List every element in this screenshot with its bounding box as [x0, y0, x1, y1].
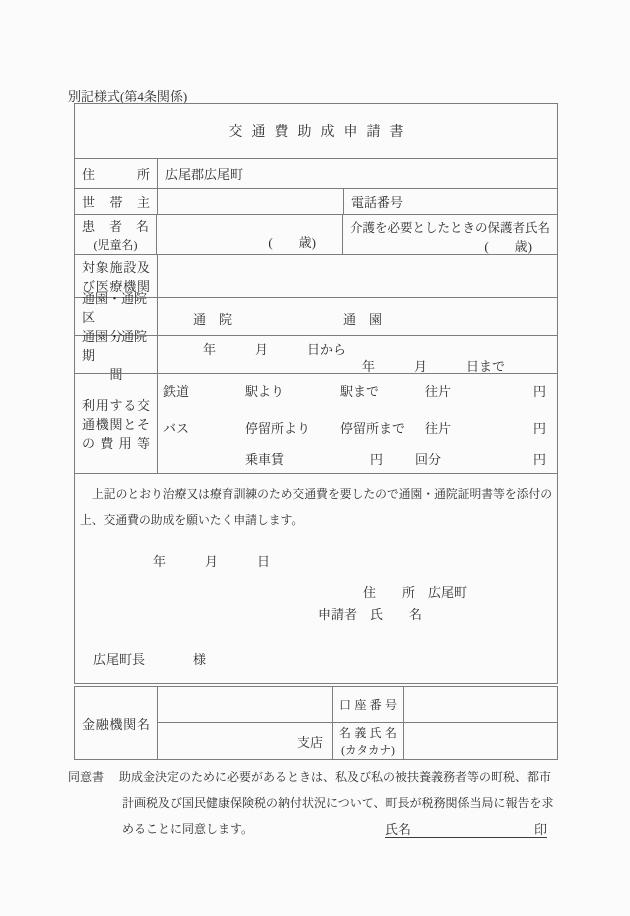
facility-label-line1: 対象施設及 — [82, 257, 150, 276]
bus-to-label: 停留所まで — [340, 418, 405, 437]
statement-date: 年 月 日 — [153, 551, 270, 570]
fare-times-label: 回分 — [415, 449, 441, 468]
holder-name-label-cell: 名義氏名 (カタカナ) — [333, 723, 404, 759]
statement-section: 上記のとおり治療又は療育訓練のため交通費を要したので通園・通院証明書等を添付の … — [75, 473, 557, 683]
seal-label: 印 — [534, 822, 547, 837]
household-label-cell: 世帯主 — [75, 189, 158, 214]
bus-yen-label: 円 — [533, 418, 546, 437]
guardian-label: 介護を必要としたときの保護者氏名 — [350, 218, 550, 236]
category-label-line1: 通園・通院区 — [82, 288, 150, 326]
account-number-label: 口座番号 — [339, 696, 397, 713]
branch-label: 支店 — [297, 732, 323, 751]
application-form-table: 交通費助成申請書 住所 広尾郡広尾町 世帯主 電話番号 患者名 (児童名) — [74, 103, 558, 684]
address-row: 住所 広尾郡広尾町 — [75, 158, 557, 188]
form-title-row: 交通費助成申請書 — [75, 104, 557, 158]
account-number-label-cell: 口座番号 — [333, 687, 404, 722]
account-number-value-cell — [404, 687, 557, 722]
statement-honorific: 様 — [193, 649, 206, 668]
statement-line2: 上、交通費の助成を願いたく申請します。 — [80, 507, 552, 533]
transport-label-line1: 利用する交 — [82, 395, 150, 414]
rail-to-label: 駅まで — [340, 381, 379, 400]
document-page: 別記様式(第4条関係) 交通費助成申請書 住所 広尾郡広尾町 世帯主 電話番号 … — [0, 0, 630, 916]
consent-section: 同意書 助成金決定のために必要があるときは、私及び私の被扶養義務者等の町税、都市… — [68, 764, 565, 842]
household-value-cell — [158, 189, 344, 214]
facility-value-cell — [158, 255, 557, 297]
fare-label: 乗車賃 — [245, 449, 284, 468]
period-row: 通園・通院期 間 年 月 日から 年 月 日まで — [75, 335, 557, 373]
patient-age-label: ( 歳) — [268, 232, 316, 251]
bus-from-label: 停留所より — [245, 418, 310, 437]
signature-line: 氏名 印 — [385, 820, 547, 838]
period-to: 年 月 日まで — [362, 356, 505, 375]
bank-account-row: 口座番号 — [158, 687, 557, 722]
phone-cell: 電話番号 — [344, 189, 557, 214]
fare-yen-label: 円 — [370, 449, 383, 468]
transport-value-cell: 鉄道 駅より 駅まで 往片 円 バス 停留所より 停留所まで 往片 円 乗車賃 … — [158, 374, 557, 473]
household-label: 世帯主 — [82, 192, 150, 211]
holder-name-value-cell — [404, 723, 557, 759]
category-option-kindergarten: 通 園 — [343, 309, 382, 328]
household-row: 世帯主 電話番号 — [75, 188, 557, 214]
holder-name-label: 名義氏名 — [339, 724, 397, 741]
rail-from-label: 駅より — [245, 381, 284, 400]
patient-row: 患者名 (児童名) ( 歳) 介護を必要としたときの保護者氏名 ( 歳) — [75, 214, 557, 254]
transport-row: 利用する交 通機関とそ の費用等 鉄道 駅より 駅まで 往片 円 バス 停留所よ… — [75, 373, 557, 473]
address-label-cell: 住所 — [75, 159, 158, 188]
phone-label: 電話番号 — [351, 192, 403, 211]
transport-label-line3: の費用等 — [82, 433, 150, 452]
rail-mode-label: 鉄道 — [163, 381, 189, 400]
bank-institution-cell: 金融機関名 — [75, 687, 158, 759]
address-value-cell: 広尾郡広尾町 — [158, 159, 557, 188]
holder-name-sublabel: (カタカナ) — [339, 742, 397, 758]
consent-first-line: 同意書 助成金決定のために必要があるときは、私及び私の被扶養義務者等の町税、都市 — [68, 764, 565, 790]
consent-line1: 助成金決定のために必要があるときは、私及び私の被扶養義務者等の町税、都市 — [119, 764, 551, 790]
statement-applicant: 申請者 氏 名 — [318, 604, 422, 623]
address-value: 広尾郡広尾町 — [165, 164, 243, 183]
period-label-line1: 通園・通院期 — [82, 326, 150, 364]
guardian-age-label: ( 歳) — [484, 236, 532, 255]
period-from: 年 月 日から — [203, 339, 346, 358]
bank-branch-cell: 支店 — [158, 723, 333, 759]
form-title: 交通費助成申請書 — [220, 121, 413, 141]
bank-name-cell — [158, 687, 333, 722]
bank-institution-label: 金融機関名 — [82, 714, 150, 733]
rail-trip-label: 往片 — [425, 381, 451, 400]
statement-line1: 上記のとおり治療又は療育訓練のため交通費を要したので通園・通院証明書等を添付の — [80, 481, 552, 507]
period-value-cell: 年 月 日から 年 月 日まで — [158, 336, 557, 373]
patient-label: 患者名 — [82, 216, 149, 235]
statement-paragraph: 上記のとおり治療又は療育訓練のため交通費を要したので通園・通院証明書等を添付の … — [80, 481, 552, 533]
bank-table: 金融機関名 口座番号 支店 名義氏名 (カタカナ) — [74, 686, 558, 760]
transport-label-cell: 利用する交 通機関とそ の費用等 — [75, 374, 158, 473]
patient-sublabel: (児童名) — [82, 236, 149, 253]
category-value-cell: 通 院 通 園 — [158, 298, 557, 335]
consent-line2: 計画税及び国民健康保険税の納付状況について、町長が税務関係当局に報告を求 — [122, 790, 565, 816]
transport-label-line2: 通機関とそ — [82, 414, 150, 433]
fare-total-yen-label: 円 — [533, 449, 546, 468]
period-label-cell: 通園・通院期 間 — [75, 336, 158, 373]
bank-right-area: 口座番号 支店 名義氏名 (カタカナ) — [158, 687, 557, 759]
category-option-hospital: 通 院 — [193, 309, 232, 328]
statement-mayor: 広尾町長 — [93, 649, 145, 668]
bus-mode-label: バス — [163, 418, 189, 437]
rail-yen-label: 円 — [533, 381, 546, 400]
bus-trip-label: 往片 — [425, 418, 451, 437]
patient-label-cell: 患者名 (児童名) — [75, 215, 157, 254]
bank-holder-row: 支店 名義氏名 (カタカナ) — [158, 722, 557, 759]
patient-value-cell: ( 歳) — [157, 215, 343, 254]
guardian-cell: 介護を必要としたときの保護者氏名 ( 歳) — [343, 215, 557, 254]
address-label: 住所 — [82, 164, 150, 183]
statement-address: 住 所 広尾町 — [363, 582, 467, 601]
consent-heading: 同意書 — [68, 764, 104, 790]
signature-name-label: 氏名 — [385, 822, 411, 837]
